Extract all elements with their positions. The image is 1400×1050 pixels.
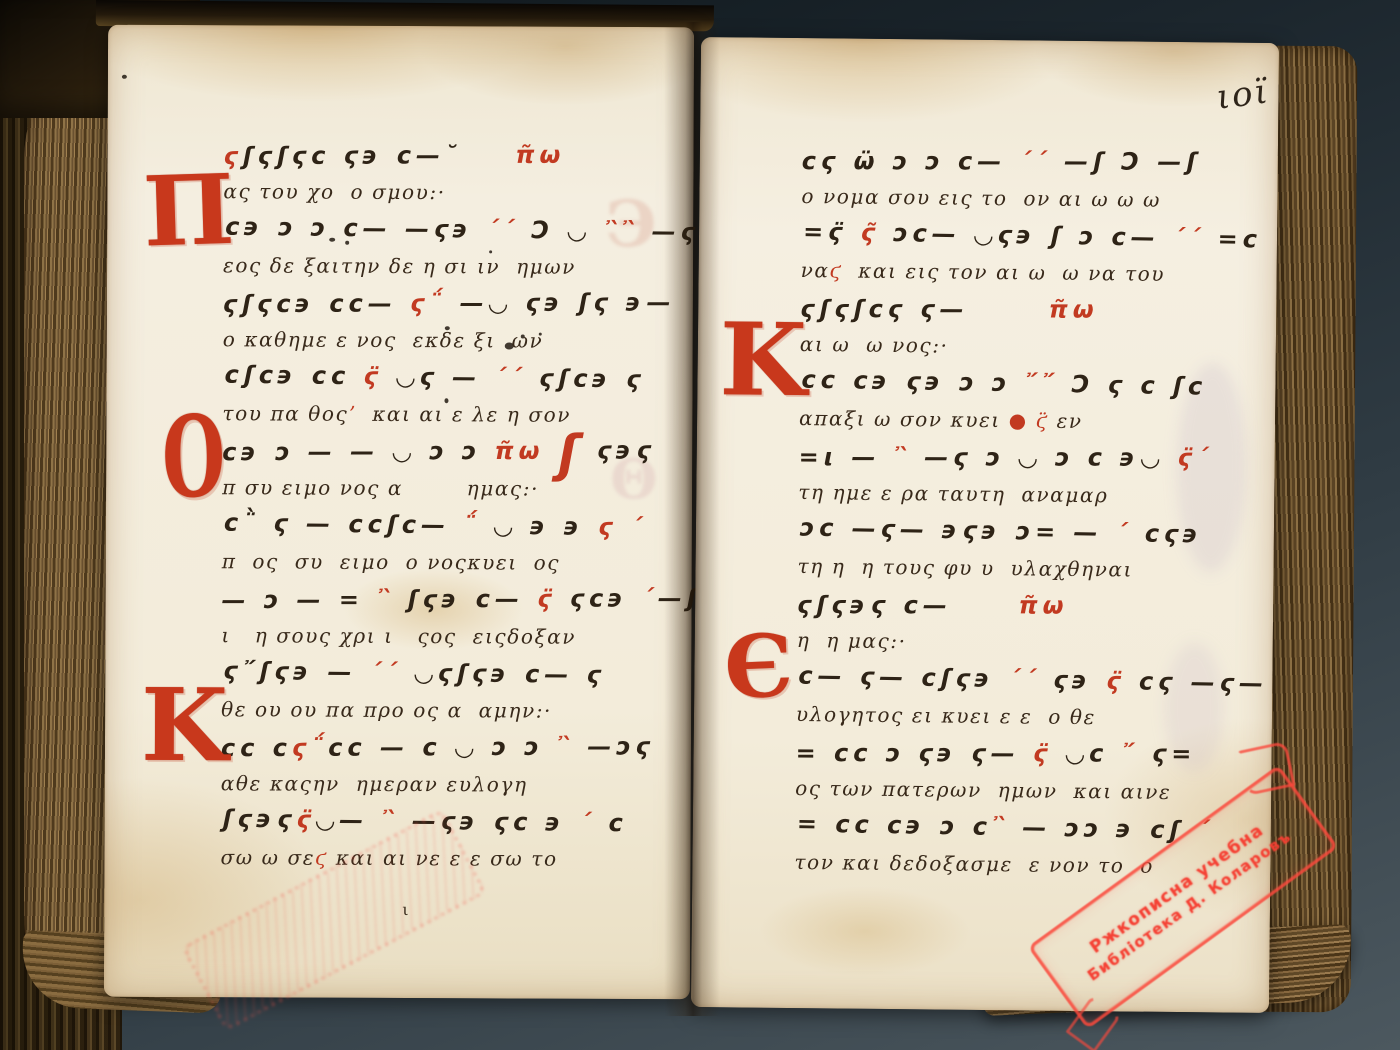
ink-segment: ʃϛ϶ϛ [223, 805, 297, 834]
illuminated-initial: Κ [141, 708, 228, 742]
lyric-line: τη ημε ε ρα ταυτη αναμαρ [798, 475, 1258, 517]
ink-segment: —ϛ ͻ ◡ ͻ ϲ ϶◡ [911, 443, 1178, 471]
ink-segment: ϛʃϲ϶ ϛ [526, 364, 646, 393]
rubric-segment: ΄΄ [370, 658, 402, 686]
ink-segment: θε ου ου πα προ ος α αμην:· [221, 697, 552, 722]
rubric-segment: ϛ ΄ [598, 513, 647, 542]
ink-segment: ϛϲ϶ [556, 584, 642, 612]
rubric-segment: ϛ΅ [410, 289, 446, 317]
ink-segment: ι η σους χρι ι ςος ειςδοξαν [221, 623, 576, 649]
ink-segment: ϲϛ϶ [1131, 519, 1204, 548]
rubric-segment: ϛ̈ [1033, 739, 1052, 767]
right-text-column: ϲϛ ω̈ ͻ ͻ ϲ— ΄΄ —ʃ Ɔ —ʃο νομα σου εις το… [794, 142, 1262, 887]
ink-segment: — ͻͻ ϶ ϲʃ [1009, 813, 1198, 844]
ink-segment: και εις τον αι ω ω να του [842, 258, 1165, 285]
ink-segment: τον και δεδοξασμε ε νον το ο [794, 850, 1154, 878]
lyric-line: θε ου ου πα προ ος α αμην:· [221, 692, 673, 731]
neume-line: ϛʃϛϲ϶ ϲϲ— ϛ΅ —◡ ϛ϶ ʃϛ ϶— [223, 285, 675, 324]
illuminated-initial: Ο [162, 429, 226, 485]
ink-segment: π ος συ ειμο ο νοςκυει ος [222, 549, 560, 574]
rubric-segment: ῍ [381, 806, 398, 834]
ink-segment: ◡— [316, 806, 382, 835]
neume-line: ϲʃϲ϶ ϲϲ ϛ̈ ◡ϛ — ΄΄ ϛʃϲ϶ ϛ [224, 358, 676, 400]
ink-segment: Ɔ ϛ ϲ ʃϲ [1058, 370, 1207, 401]
rubric-segment: ΄΄ [1173, 224, 1205, 253]
neume-line: ϲϲ ϲ϶ ϛ϶ ͻ ͻ ῎῎ Ɔ ϛ ϲ ʃϲ [801, 362, 1262, 407]
ink-segment: ϛ϶ϛ [584, 436, 656, 464]
rubric-segment: ῍ [992, 813, 1009, 841]
lyric-line: Οπ συ ειμο νος α ημας:· [222, 470, 674, 509]
left-text-column: ϛʃϛʃϛϲ ϛ϶ ϲ—˘ π̃ωας του χο ο σμου:·ϲ϶ ͻ … [220, 137, 675, 879]
neume-line: =ϛ̈ ϛ̃ ͻϲ— ◡ϛ϶ ʃ ͻ ϲ— ΄΄ =ϲ [803, 214, 1264, 259]
ink-segment: ημας:· [403, 476, 539, 501]
rubric-segment: ʼ [348, 402, 356, 426]
ink-segment: ο νομα σου εις το ον αι ω ω ω [801, 184, 1161, 212]
rubric-segment: ΄΄ [1009, 665, 1041, 694]
lyric-line: ο νομα σου εις το ον αι ω ω ω [801, 179, 1261, 221]
ink-segment: ϲϛ ω̈ ͻ ͻ ϲ— [802, 147, 1020, 175]
ink-segment: η η μας:· [797, 628, 907, 653]
ink-segment: εν [1048, 409, 1082, 433]
neume-line: — ͻ — = ῍ ʃϛ϶ ϲ— ϛ̈ ϛϲ϶ ΄—ʃ [222, 581, 674, 620]
lyric-line: ος των πατερων ημων και αινε [795, 771, 1255, 813]
ink-segment: ϛʃϛ϶ϛ ϲ— [797, 591, 952, 619]
ink-segment: τη η η τους φυ υ υλαχθηναι [797, 554, 1133, 582]
lyric-line: ας του χο ο σμου:· [223, 174, 675, 213]
ink-segment: =ι — [799, 443, 894, 471]
ink-segment: — ͻ — = [222, 586, 378, 615]
ink-segment: αι ω ω νος:· [800, 332, 949, 358]
ink-segment: —ͻϛ [574, 732, 655, 760]
ink-segment: ʃϛ϶ ϲ— [394, 585, 537, 614]
rubric-segment: ΄΄ [1020, 147, 1051, 175]
ink-spot [122, 75, 127, 79]
ink-segment: ο καθημε ε νος εκδε ξι ων [223, 327, 544, 352]
illuminated-initial: Κ [720, 342, 807, 377]
rubric-segment: π̃ω [495, 437, 558, 465]
ink-segment: ϲϲ ϲ [221, 734, 292, 762]
rubric-segment: ΄ [1116, 519, 1132, 547]
ink-segment: ϲ῭ ϛ — ϲϲʃϲ— [224, 509, 464, 540]
rubric-segment: ϛ [829, 258, 842, 282]
rubric-segment: ῍῍ [604, 217, 638, 245]
lyric-line: ναϛ και εις τον αι ω ω να του [800, 253, 1260, 295]
lyric-line: αι ω ω νος:· [800, 327, 1260, 369]
neume-line: ϲ— ϛ— ϲʃϛ϶ ΄΄ ϛ϶ ϛ̈ ϲϛ —ϛ— [798, 658, 1259, 703]
rubric-segment: ϛ΅ [292, 734, 328, 762]
ink-segment: = ϲϲ ͻ ϛ϶ ϛ— [796, 739, 1034, 767]
ink-segment: =ϲ [1204, 224, 1262, 253]
lyric-line: Єυλογητος ει κυει ε ε ο θε [796, 697, 1256, 739]
rubric-segment: ϛ̈΄ [1178, 444, 1213, 472]
lyric-line: η η μας:· [797, 623, 1257, 665]
ink-segment: ϲϲ ϲ϶ ϛ϶ ͻ ͻ [801, 365, 1025, 397]
neume-line: ϲ῭ ϛ — ϲϲʃϲ— ΅ ◡ ϶ ϶ ϛ ΄ [224, 506, 676, 548]
lyric-line: ι η σους χρι ι ςος ειςδοξαν [221, 618, 673, 657]
ink-segment: ͻϲ —ϛ— ϶ϛ϶ ͻ= — [800, 513, 1116, 547]
neume-line: ϲϲ ϲϛ΅ϲϲ — ϲ ◡ ͻ ͻ ῍ —ͻϛ [221, 729, 673, 768]
ink-segment: να [801, 258, 830, 282]
rubric-segment: ϛ̈ [363, 362, 383, 390]
rubric-segment: π̃ω [462, 141, 565, 169]
lyric-line: του πα θοςʼ και αι ε λε η σον [222, 396, 674, 435]
ink-segment: εος δε ξαιτην δε η σι ιν ημων [223, 253, 576, 279]
ink-segment: π συ ειμο νος α [222, 475, 403, 500]
ink-segment: ◡ϛʃϛ϶ ϲ— ϛ [401, 659, 606, 689]
ink-segment: ϲϲ — ϲ ◡ ͻ ͻ [328, 733, 557, 762]
ink-segment: ϛʃϛʃϲϛ ϛ— [800, 295, 968, 323]
rubric-segment: ῎῎ [1024, 369, 1058, 398]
rubric-segment: π̃ω [952, 591, 1069, 619]
neume-line: ϲϛ ω̈ ͻ ͻ ϲ— ΄΄ —ʃ Ɔ —ʃ [802, 144, 1262, 182]
ink-segment: σω ω σε [220, 845, 315, 869]
rubric-segment: ϛ̈ [537, 585, 556, 613]
manuscript-photo: Є Θ ϛʃϛʃϛϲ ϛ϶ ϲ—˘ π̃ωας του χο ο σμου:·ϲ… [0, 0, 1400, 1050]
ink-segment: ʃϛʃϛϲ ϛ϶ ϲ—˘ [243, 141, 462, 170]
lyric-line: Καθε καςην ημεραν ευλογη [221, 766, 673, 805]
ink-segment: =ϛ̈ [803, 217, 861, 246]
ink-segment: ϛ῎ʃϛ϶ — [223, 657, 370, 687]
ink-segment: ϲʃϲ϶ ϲϲ [224, 361, 363, 391]
book-gutter [664, 22, 720, 1016]
ink-segment: και αι ε λε η σον [356, 402, 571, 427]
ink-segment: ◡ ϶ ϶ [480, 512, 598, 541]
rubric-segment: ῍ [377, 585, 394, 613]
ink-segment: ϲϛ —ϛ— [1125, 667, 1268, 697]
illuminated-initial: Π [143, 193, 235, 230]
ink-segment: τη ημε ε ρα ταυτη αναμαρ [798, 480, 1108, 507]
ink-segment: ϛ϶ [1040, 666, 1107, 695]
rubric-segment: ῍ [557, 733, 574, 761]
neume-line: ϲ϶ ͻ ͻ ϲ— —ϛ϶ ΄΄ Ɔ ◡ ῍῍ —ϛ [225, 210, 677, 252]
ink-segment: ϛʃϛϲ϶ ϲϲ— [223, 289, 410, 318]
neume-line: = ϲϲ ͻ ϛ϶ ϛ— ϛ̈ ◡ϲ ῎ ϛ= [796, 736, 1256, 774]
rubric-segment: ϛ̈ [296, 806, 316, 834]
neume-line: ϲ϶ ͻ — — ◡ ͻ ͻ π̃ω ʃ ϛ϶ϛ [222, 433, 674, 472]
rubric-segment: ΄ [579, 809, 595, 837]
lyric-line: Πεος δε ξαιτην δε η σι ιν ημων [223, 248, 675, 287]
ink-segment: υλογητος ει κυει ε ε ο θε [796, 702, 1096, 729]
rubric-segment: ϛ̈ [1036, 409, 1049, 433]
ink-segment: ος των πατερων ημων και αινε [795, 776, 1171, 804]
ink-segment: ϛ= [1139, 740, 1197, 768]
ink-segment: ϲ϶ ͻ — — ◡ ͻ ͻ [222, 437, 494, 466]
lyric-line: ο καθημε ε νος εκδε ξι ων [223, 322, 675, 361]
ink-segment: ας του χο ο σμου:· [223, 179, 445, 204]
ink-segment: —◡ ϛ϶ ʃϛ ϶— [446, 288, 675, 317]
rubric-segment: ΄΄ [494, 364, 526, 392]
rubric-segment: ῎ [1122, 740, 1139, 768]
neume-line: ϛ῎ʃϛ϶ — ΄΄ ◡ϛʃϛ϶ ϲ— ϛ [223, 654, 675, 696]
ink-segment: —ʃ Ɔ —ʃ [1051, 148, 1202, 176]
ink-segment: ◡ϛ — [383, 362, 495, 391]
rubric-segment: ΄ [642, 584, 658, 612]
rubric-segment: ῍ [894, 443, 911, 471]
ink-segment: ͻϲ— ◡ϛ϶ ʃ ͻ ϲ— [880, 219, 1174, 252]
lyric-line: τη η η τους φυ υ υλαχθηναι [797, 549, 1257, 591]
rubric-segment: π̃ω [969, 295, 1099, 323]
lyric-line: Καπαξι ω σον κυει ● ϛ̈ εν [799, 401, 1259, 443]
ink-segment: αθε καςην ημεραν ευλογη [221, 771, 528, 796]
neume-line: =ι — ῍ —ϛ ͻ ◡ ͻ ϲ ϶◡ ϛ̈΄ [799, 440, 1259, 478]
rubric-segment: ϛ [315, 846, 328, 870]
rubric-segment: ΄΄ [487, 216, 519, 244]
ink-segment: = ϲϲ ϲ϶ ͻ ϲ [797, 809, 993, 840]
illuminated-initial: Є [724, 649, 794, 686]
rubric-segment: ● [1009, 408, 1036, 432]
rubric-segment: ϛ̈ [1106, 667, 1126, 695]
ink-segment: του πα θος [222, 401, 348, 426]
neume-line: ϛʃϛʃϲϛ ϛ— π̃ω [800, 292, 1260, 330]
page-number: ιοϊ [1214, 71, 1272, 118]
ink-segment: ◡ϲ [1052, 739, 1121, 767]
ink-segment: Ɔ ◡ [518, 216, 604, 245]
rubric-segment: ΅ [463, 511, 480, 539]
ink-segment: απαξι ω σον κυει [799, 406, 1009, 432]
neume-line: ϛʃϛʃϛϲ ϛ϶ ϲ—˘ π̃ω [223, 137, 675, 176]
ink-segment: ϲ [595, 809, 628, 837]
neume-line: ϛʃϛ϶ϛ ϲ— π̃ω [797, 588, 1257, 626]
neume-line: ͻϲ —ϛ— ϶ϛ϶ ͻ= — ΄ ϲϛ϶ [800, 510, 1261, 555]
ink-segment: ϲ— ϛ— ϲʃϛ϶ [798, 661, 1009, 693]
lyric-line: π ος συ ειμο ο νοςκυει ος [222, 544, 674, 583]
rubric-segment: ϛ̃ [861, 218, 881, 246]
ink-segment: ϲ϶ ͻ ͻ ϲ— —ϛ϶ [225, 213, 487, 244]
